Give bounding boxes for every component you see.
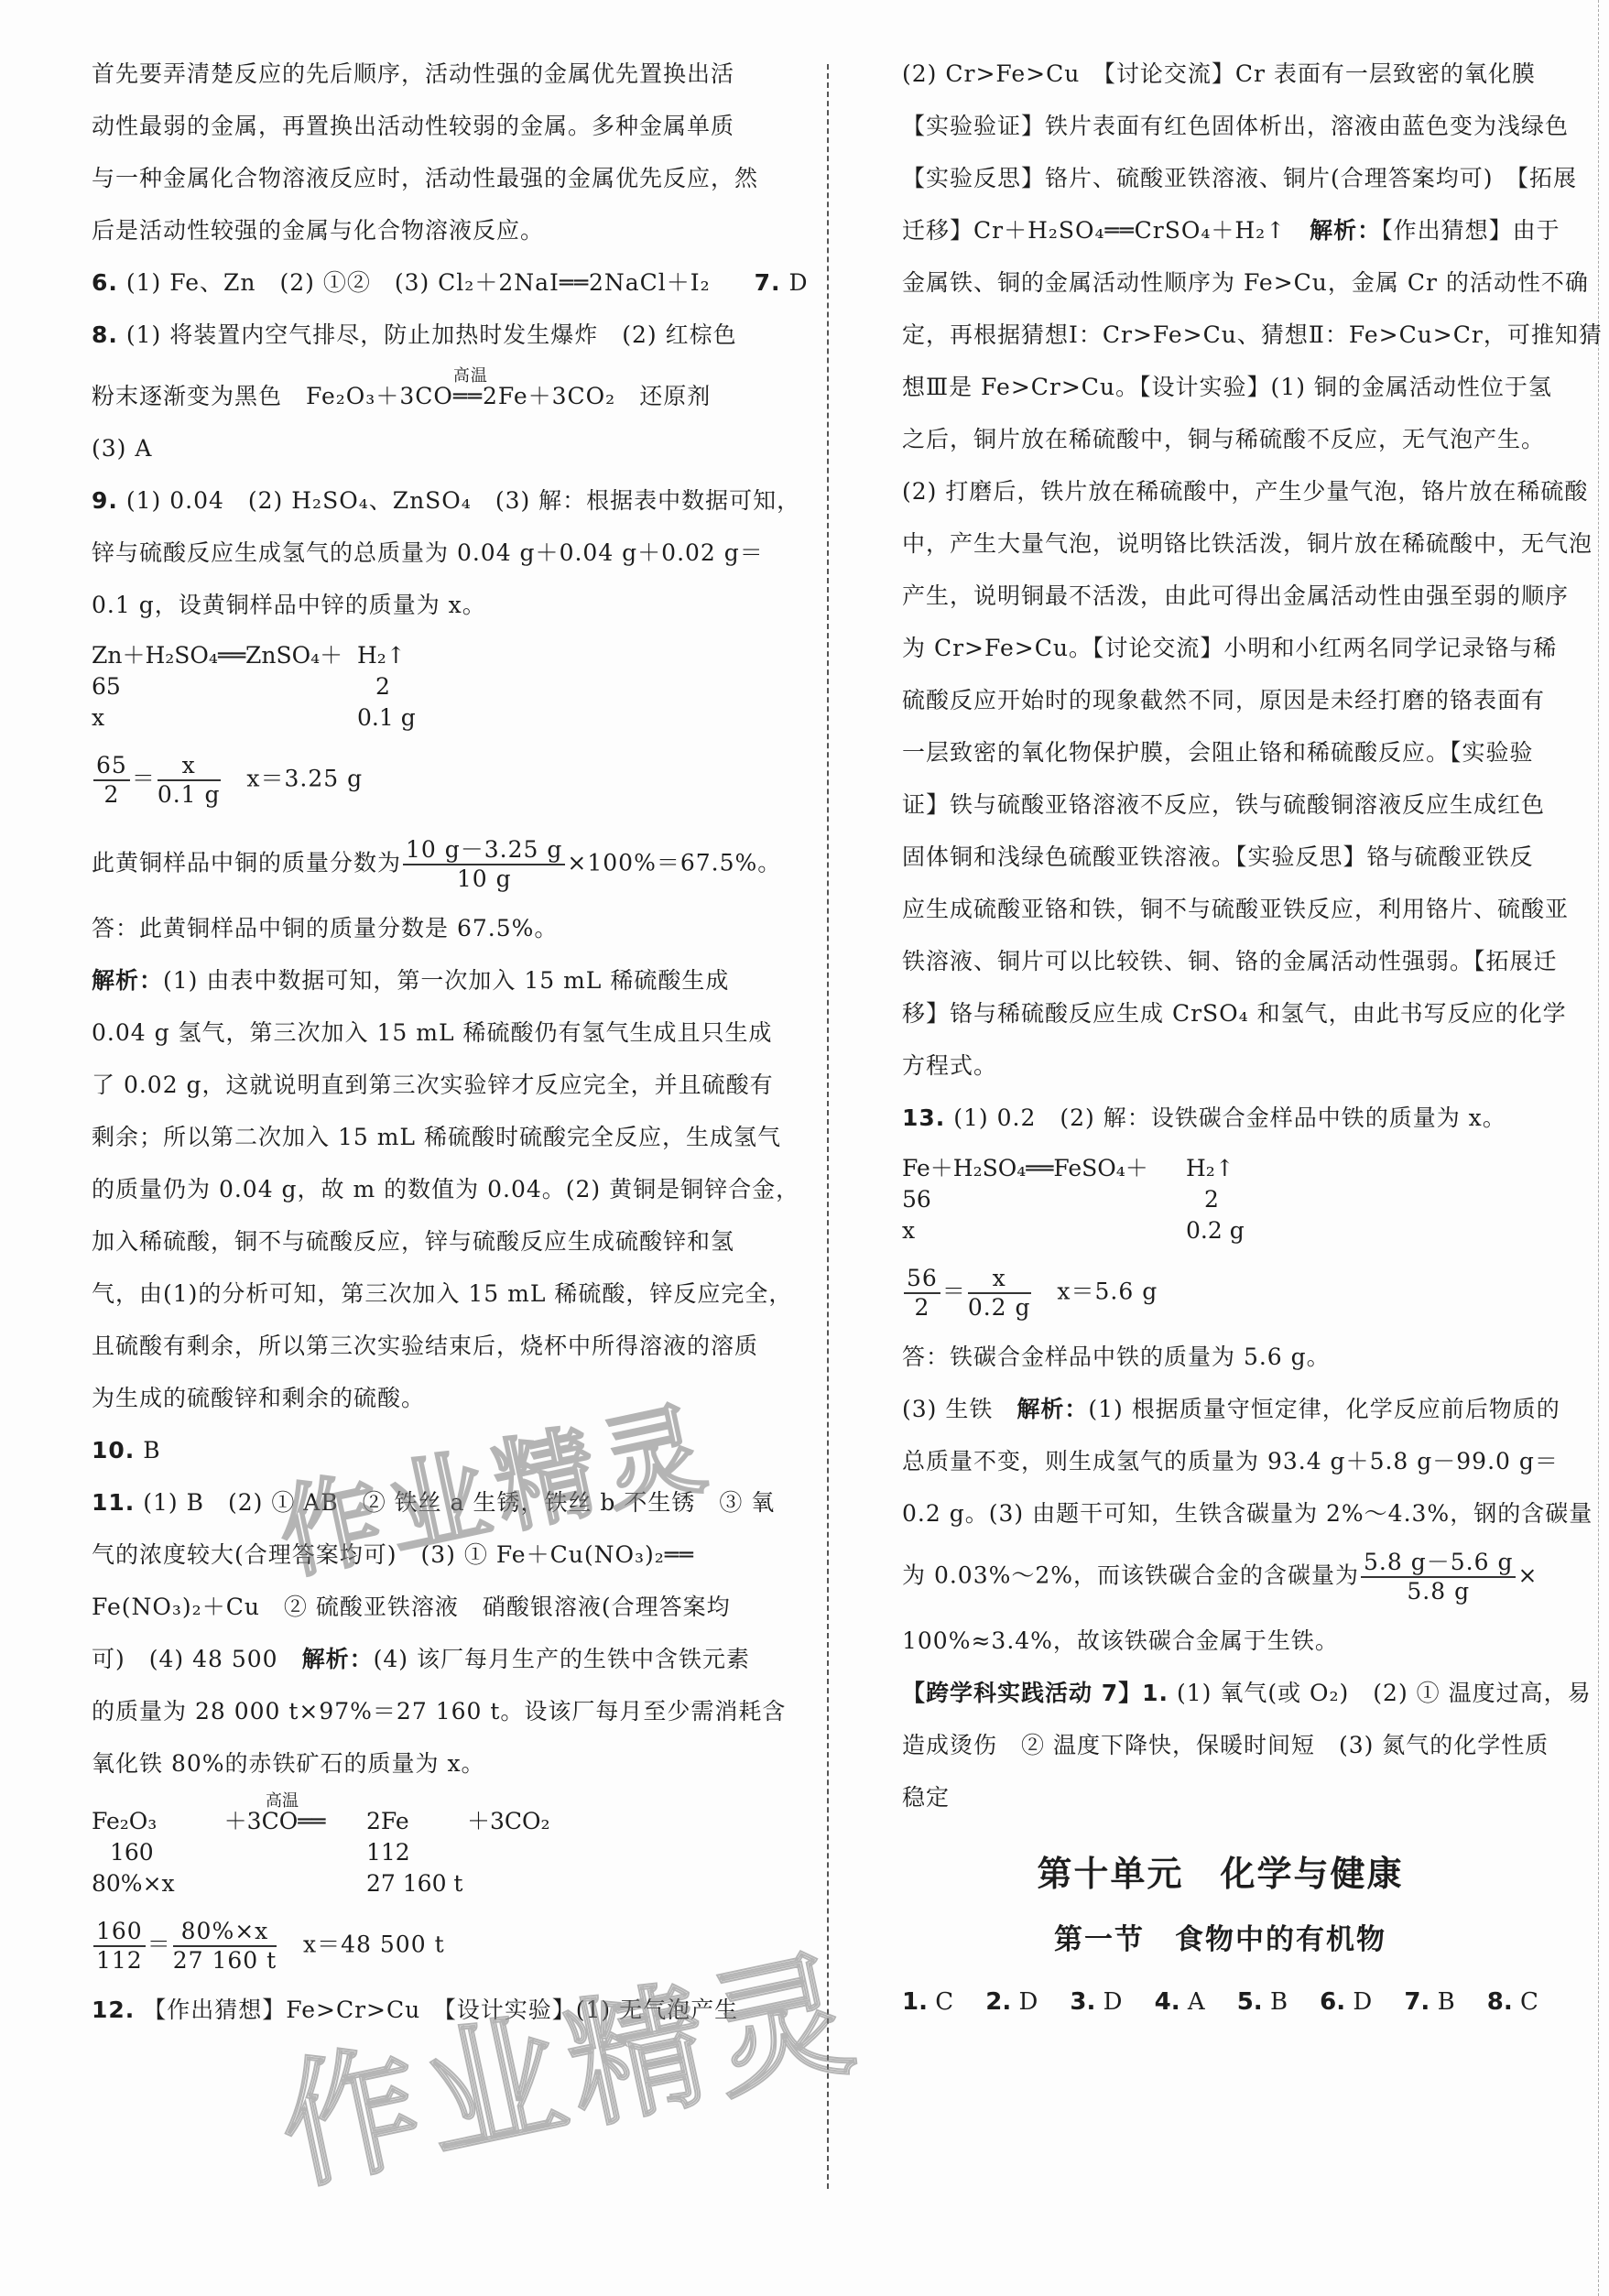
- q12-line: (2) Cr>Fe>Cu 【讨论交流】Cr 表面有一层致密的氧化膜: [902, 57, 1538, 91]
- analysis-line: 氧化铁 80%的赤铁矿石的质量为 x。: [92, 1746, 806, 1780]
- q9-line: 锌与硫酸反应生成氢气的总质量为 0.04 g＋0.04 g＋0.02 g＝: [92, 536, 806, 570]
- q12-line: 【实验验证】铁片表面有红色固体析出，溶液由蓝色变为浅绿色: [902, 109, 1538, 143]
- q13-equation: Fe＋H₂SO₄══FeSO₄＋H₂↑ 562 x0.2 g: [902, 1153, 1538, 1246]
- analysis-line: 且硫酸有剩余，所以第三次实验结束后，烧杯中所得溶液的溶质: [92, 1329, 806, 1363]
- analysis-line: 产生，说明铜最不活泼，由此可得出金属活动性由强至弱的顺序: [902, 579, 1538, 613]
- intro-line: 与一种金属化合物溶液反应时，活动性最强的金属优先反应，然: [92, 161, 806, 195]
- analysis-line: 为 Cr>Fe>Cu。【讨论交流】小明和小红两名同学记录铬与稀: [902, 631, 1538, 665]
- answer-q8-equation: 粉末逐渐变为黑色 Fe₂O₃＋3CO高温══2Fe＋3CO₂ 还原剂: [92, 379, 806, 413]
- analysis-line: 移】铬与稀硫酸反应生成 CrSO₄ 和氢气，由此书写反应的化学: [902, 996, 1538, 1030]
- analysis-line: 固体铜和浅绿色硫酸亚铁溶液。【实验反思】铬与硫酸亚铁反: [902, 840, 1538, 874]
- q9-line: 0.1 g，设黄铜样品中锌的质量为 x。: [92, 588, 806, 622]
- analysis-line: 了 0.02 g，这就说明直到第三次实验锌才反应完全，并且硫酸有: [92, 1068, 806, 1102]
- analysis-line: 金属铁、铜的金属活动性顺序为 Fe>Cu，金属 Cr 的活动性不确: [902, 266, 1538, 299]
- analysis-line: 气，由(1)的分析可知，第三次加入 15 mL 稀硫酸，锌反应完全，: [92, 1277, 806, 1311]
- q12-line: 迁移】Cr＋H₂SO₄══CrSO₄＋H₂↑ 解析：【作出猜想】由于: [902, 213, 1538, 247]
- q12-line: 【实验反思】铬片、硫酸亚铁溶液、铜片(合理答案均可) 【拓展: [902, 161, 1538, 195]
- q13-carbon: 为 0.03%～2%，而该铁碳合金的含碳量为5.8 g－5.6 g5.8 g×: [902, 1549, 1538, 1605]
- mc-item: 6. D: [1320, 1988, 1372, 2016]
- right-column: (2) Cr>Fe>Cu 【讨论交流】Cr 表面有一层致密的氧化膜 【实验验证】…: [902, 57, 1538, 2016]
- intro-line: 首先要弄清楚反应的先后顺序，活动性强的金属优先置换出活: [92, 57, 806, 91]
- intro-line: 后是活动性较强的金属与化合物溶液反应。: [92, 213, 806, 247]
- mc-item: 4. A: [1155, 1988, 1205, 2016]
- answer-q10: 10. B: [92, 1433, 806, 1467]
- mc-item: 1. C: [902, 1988, 953, 2016]
- analysis-line: 0.2 g。(3) 由题干可知，生铁含碳量为 2%～4.3%，钢的含碳量: [902, 1496, 1538, 1530]
- answer-q6: 6. (1) Fe、Zn (2) ①② (3) Cl₂＋2NaI══2NaCl＋…: [92, 266, 806, 299]
- mc-item: 7. B: [1404, 1988, 1454, 2016]
- left-column: 首先要弄清楚反应的先后顺序，活动性强的金属优先置换出活 动性最弱的金属，再置换出…: [92, 57, 806, 2045]
- q13-answer: 答：铁碳合金样品中铁的质量为 5.6 g。: [902, 1340, 1538, 1374]
- analysis-line: 硫酸反应开始时的现象截然不同，原因是未经打磨的铬表面有: [902, 683, 1538, 717]
- q11-ratio: 160112＝80%×x27 160 t x＝48 500 t: [92, 1918, 806, 1975]
- section-title: 第一节 食物中的有机物: [902, 1916, 1538, 1957]
- answer-q8-part3: (3) A: [92, 431, 806, 465]
- reaction-condition: 高温══: [453, 379, 483, 413]
- q11-line: Fe(NO₃)₂＋Cu ② 硫酸亚铁溶液 硝酸银溶液(合理答案均: [92, 1590, 806, 1624]
- intro-line: 动性最弱的金属，再置换出活动性较弱的金属。多种金属单质: [92, 109, 806, 143]
- mc-item: 5. B: [1237, 1988, 1288, 2016]
- q9-equation: Zn＋H₂SO₄══ZnSO₄＋H₂↑ 652 x0.1 g: [92, 640, 806, 734]
- activity-line: 造成烫伤 ② 温度下降快，保暖时间短 (3) 氮气的化学性质: [902, 1728, 1538, 1762]
- answer-q11: 11. (1) B (2) ① AB ② 铁丝 a 生锈，铁丝 b 不生锈 ③ …: [92, 1485, 806, 1519]
- analysis-line: 的质量仍为 0.04 g，故 m 的数值为 0.04。(2) 黄铜是铜锌合金，: [92, 1172, 806, 1206]
- analysis-line: 加入稀硫酸，铜不与硫酸反应，锌与硫酸反应生成硫酸锌和氢: [92, 1224, 806, 1258]
- analysis-line: 中，产生大量气泡，说明铬比铁活泼，铜片放在稀硫酸中，无气泡: [902, 527, 1538, 560]
- analysis-line: 证】铁与硫酸亚铬溶液不反应，铁与硫酸铜溶液反应生成红色: [902, 788, 1538, 822]
- mc-item: 8. C: [1487, 1988, 1538, 2016]
- analysis-line: 方程式。: [902, 1049, 1538, 1083]
- q9-percent: 此黄铜样品中铜的质量分数为10 g－3.25 g10 g×100%＝67.5%。: [92, 836, 806, 893]
- analysis-line: 之后，铜片放在稀硫酸中，铜与稀硫酸不反应，无气泡产生。: [902, 422, 1538, 456]
- analysis-line: (2) 打磨后，铁片放在稀硫酸中，产生少量气泡，铬片放在稀硫酸: [902, 474, 1538, 508]
- answer-q12: 12. 【作出猜想】Fe>Cr>Cu 【设计实验】(1) 无气泡产生: [92, 1993, 806, 2027]
- answer-q8: 8. (1) 将装置内空气排尽，防止加热时发生爆炸 (2) 红棕色: [92, 318, 806, 352]
- q11-line: 气的浓度较大(合理答案均可) (3) ① Fe＋Cu(NO₃)₂══: [92, 1538, 806, 1572]
- column-divider: [827, 64, 829, 2189]
- q13-part3: (3) 生铁 解析：(1) 根据质量守恒定律，化学反应前后物质的: [902, 1392, 1538, 1426]
- analysis-line: 铁溶液、铜片可以比较铁、铜、铬的金属活动性强弱。【拓展迁: [902, 944, 1538, 978]
- q13-conclusion: 100%≈3.4%，故该铁碳合金属于生铁。: [902, 1624, 1538, 1658]
- analysis-line: 0.04 g 氢气，第三次加入 15 mL 稀硫酸仍有氢气生成且只生成: [92, 1016, 806, 1050]
- answer-q9: 9. (1) 0.04 (2) H₂SO₄、ZnSO₄ (3) 解：根据表中数据…: [92, 484, 806, 517]
- analysis-line: 应生成硫酸亚铬和铁，铜不与硫酸亚铁反应，利用铬片、硫酸亚: [902, 892, 1538, 926]
- analysis-line: 的质量为 28 000 t×97%＝27 160 t。设该厂每月至少需消耗含: [92, 1694, 806, 1728]
- activity-line: 稳定: [902, 1780, 1538, 1814]
- q11-line: 可) (4) 48 500 解析：(4) 该厂每月生产的生铁中含铁元素: [92, 1642, 806, 1676]
- analysis-line: 想Ⅲ是 Fe>Cr>Cu。【设计实验】(1) 铜的金属活动性位于氢: [902, 370, 1538, 404]
- q13-ratio: 562＝x0.2 g x＝5.6 g: [902, 1265, 1538, 1322]
- activity-answer: 【跨学科实践活动 7】1. (1) 氧气(或 O₂) (2) ① 温度过高，易: [902, 1676, 1538, 1710]
- analysis-line: 定，再根据猜想Ⅰ：Cr>Fe>Cu、猜想Ⅱ：Fe>Cu>Cr，可推知猜: [902, 318, 1538, 352]
- q11-equation: Fe₂O₃ 高温＋3CO══ 2Fe ＋3CO₂ 160 112 80%×x 2…: [92, 1806, 806, 1899]
- q9-answer: 答：此黄铜样品中铜的质量分数是 67.5%。: [92, 911, 806, 945]
- analysis-line: 为生成的硫酸锌和剩余的硫酸。: [92, 1381, 806, 1415]
- q9-analysis: 解析：(1) 由表中数据可知，第一次加入 15 mL 稀硫酸生成: [92, 963, 806, 997]
- analysis-line: 一层致密的氧化物保护膜，会阻止铬和稀硫酸反应。【实验验: [902, 735, 1538, 769]
- answer-q13: 13. (1) 0.2 (2) 解：设铁碳合金样品中铁的质量为 x。: [902, 1101, 1538, 1135]
- unit-title: 第十单元 化学与健康: [902, 1845, 1538, 1896]
- analysis-line: 总质量不变，则生成氢气的质量为 93.4 g＋5.8 g－99.0 g＝: [902, 1444, 1538, 1478]
- multiple-choice-answers: 1. C 2. D 3. D 4. A 5. B 6. D 7. B 8. C: [902, 1988, 1538, 2016]
- q9-ratio: 652＝x0.1 g x＝3.25 g: [92, 752, 806, 809]
- analysis-line: 剩余；所以第二次加入 15 mL 稀硫酸时硫酸完全反应，生成氢气: [92, 1120, 806, 1154]
- mc-item: 2. D: [985, 1988, 1038, 2016]
- mc-item: 3. D: [1070, 1988, 1122, 2016]
